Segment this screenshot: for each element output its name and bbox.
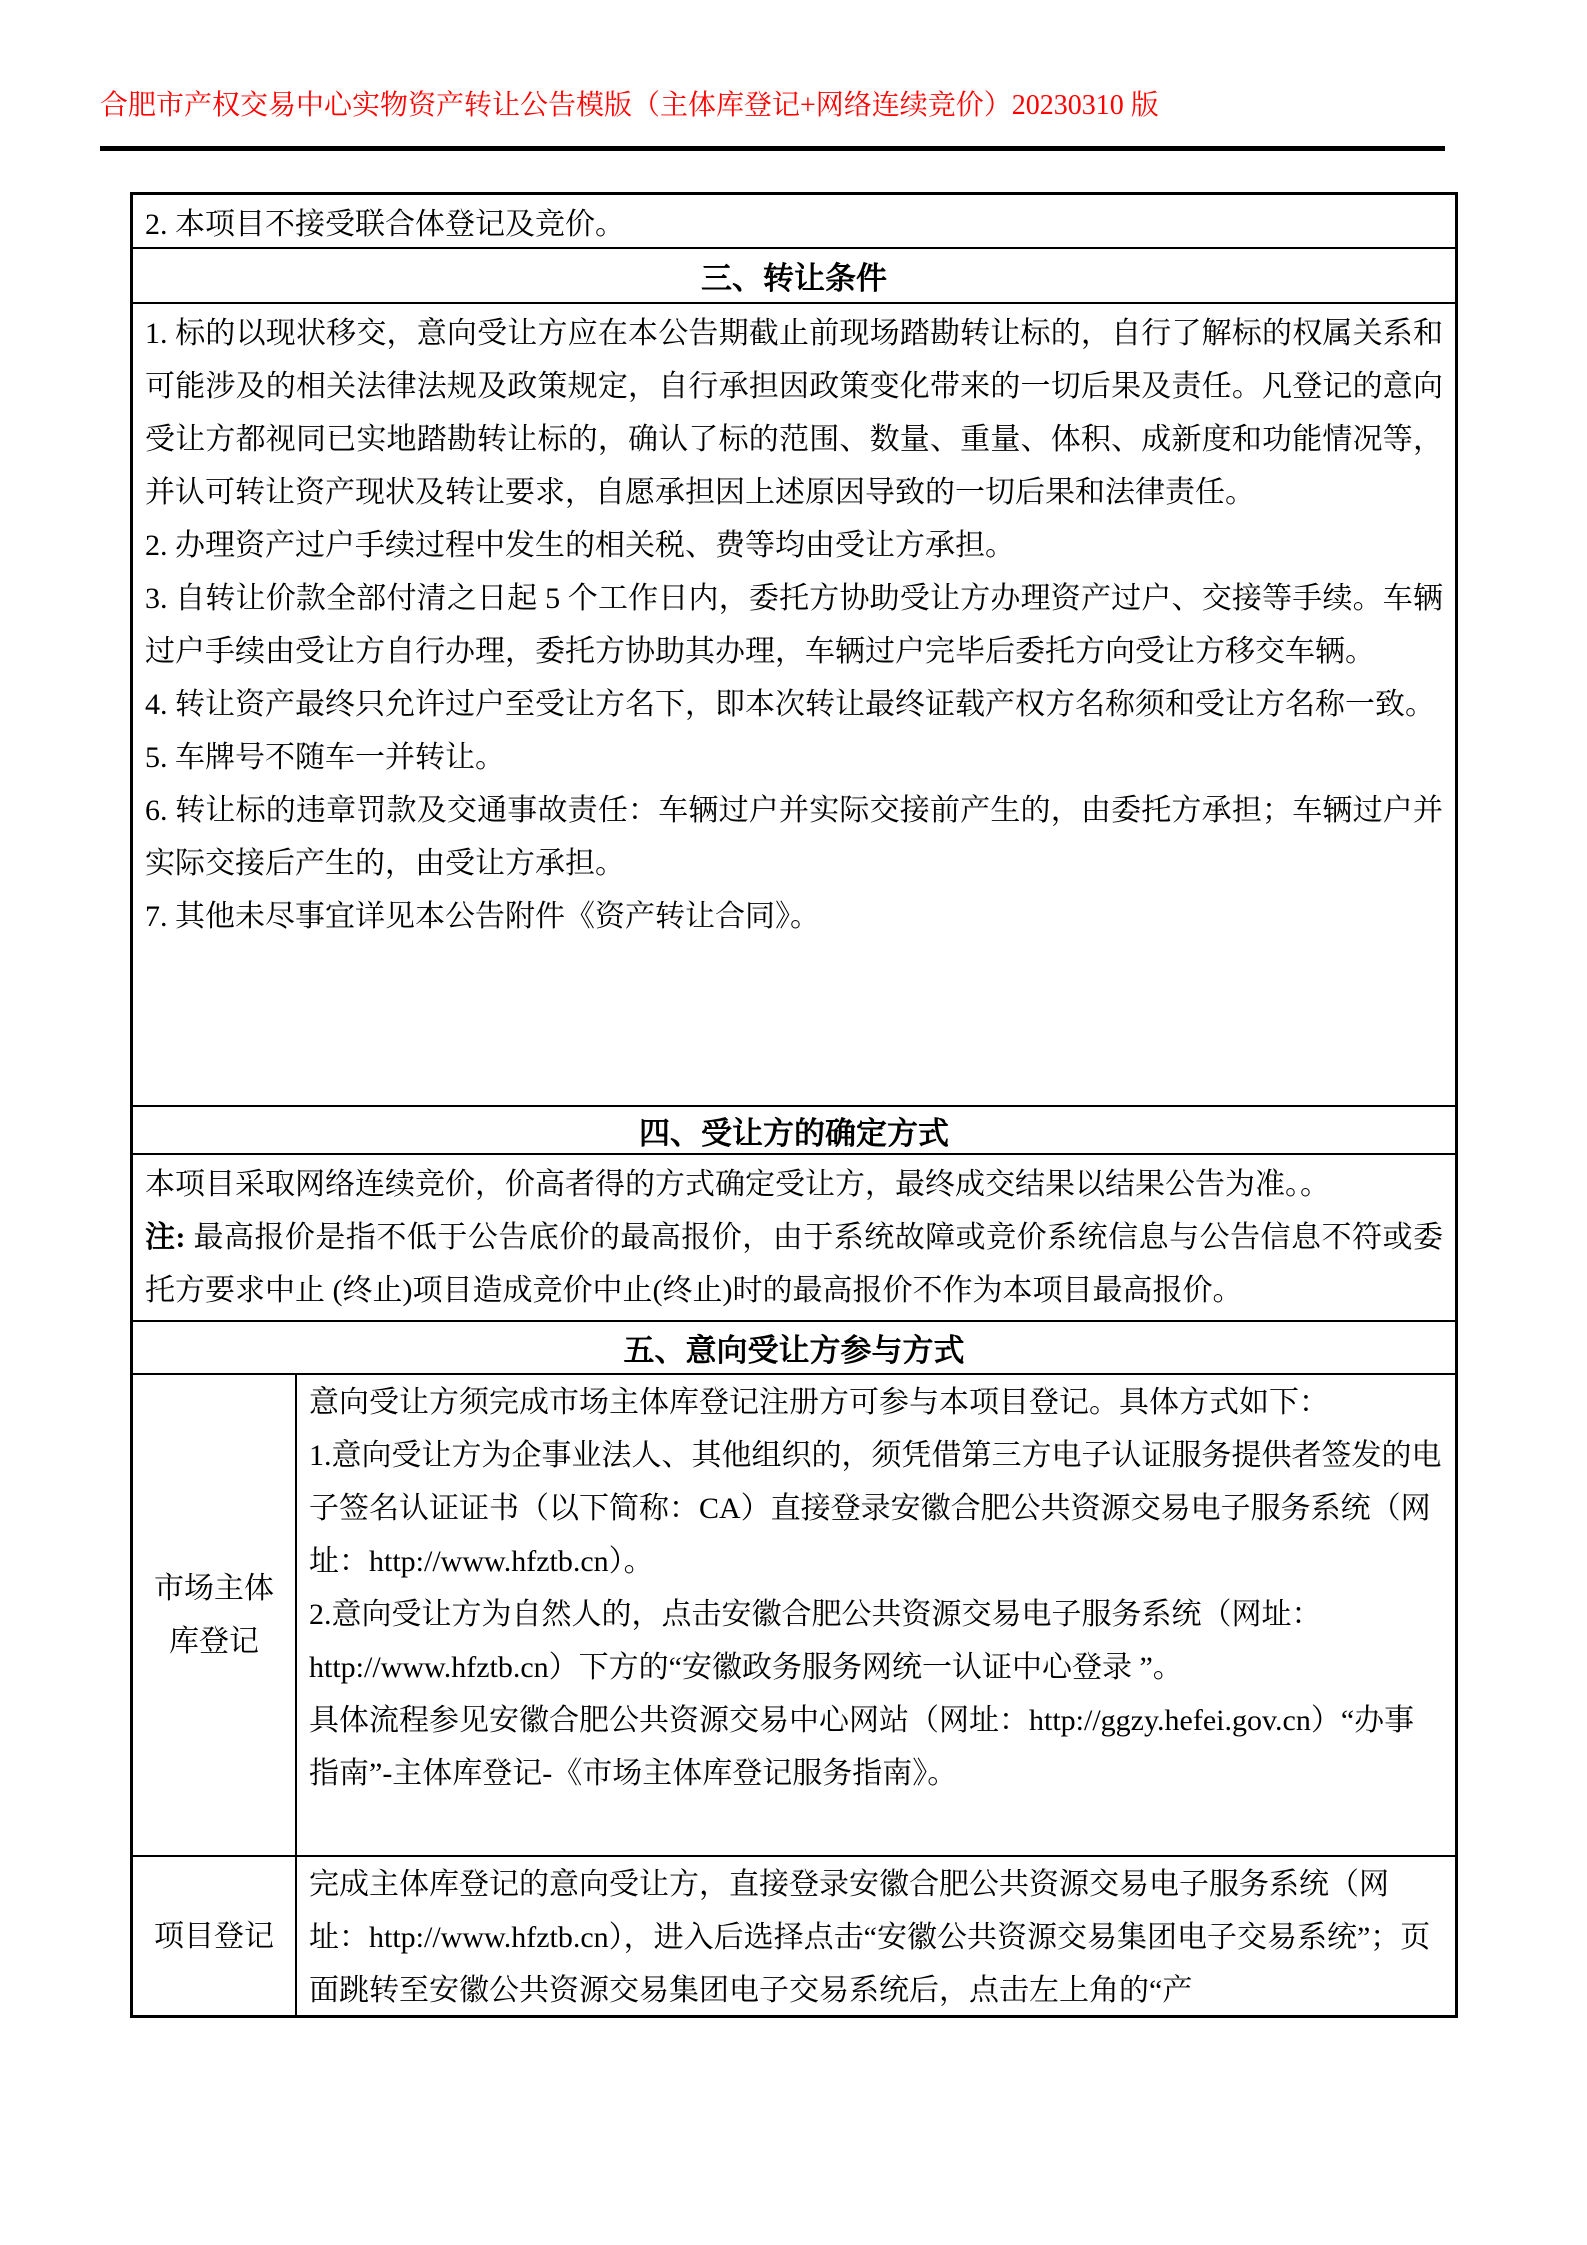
- announcement-table: 2. 本项目不接受联合体登记及竞价。 三、转让条件 1. 标的以现状移交，意向受…: [130, 192, 1458, 2018]
- row-header-project-registration: 项目登记: [133, 1857, 297, 2015]
- table-row-project-registration: 项目登记 完成主体库登记的意向受让方，直接登录安徽合肥公共资源交易电子服务系统（…: [133, 1855, 1455, 2015]
- section3-paragraph: 3. 自转让价款全部付清之日起 5 个工作日内，委托方协助受让方办理资产过户、交…: [145, 572, 1443, 678]
- subject-library-content: 意向受让方须完成市场主体库登记注册方可参与本项目登记。具体方式如下： 1.意向受…: [297, 1375, 1455, 1855]
- table-row-section3-title: 三、转让条件: [133, 247, 1455, 302]
- project-registration-content: 完成主体库登记的意向受让方，直接登录安徽合肥公共资源交易电子服务系统（网址：ht…: [297, 1857, 1455, 2015]
- section5-title: 五、意向受让方参与方式: [624, 1325, 965, 1370]
- table-row-intro: 2. 本项目不接受联合体登记及竞价。: [133, 195, 1455, 247]
- section3-paragraph: 2. 办理资产过户手续过程中发生的相关税、费等均由受让方承担。: [145, 519, 1443, 572]
- section3-paragraph: 7. 其他未尽事宜详见本公告附件《资产转让合同》。: [145, 890, 1443, 943]
- section4-paragraph: 本项目采取网络连续竞价，价高者得的方式确定受让方，最终成交结果以结果公告为准。。: [145, 1158, 1443, 1211]
- row-header-line: 项目登记: [154, 1910, 274, 1963]
- intro-text: 2. 本项目不接受联合体登记及竞价。: [145, 199, 625, 243]
- table-row-section3-body: 1. 标的以现状移交，意向受让方应在本公告期截止前现场踏勘转让标的，自行了解标的…: [133, 302, 1455, 1105]
- table-row-subject-library-registration: 市场主体 库登记 意向受让方须完成市场主体库登记注册方可参与本项目登记。具体方式…: [133, 1373, 1455, 1855]
- row-header-subject-library: 市场主体 库登记: [133, 1375, 297, 1855]
- row-header-line: 市场主体: [154, 1562, 274, 1615]
- section3-title: 三、转让条件: [701, 253, 887, 298]
- table-row-section4-body: 本项目采取网络连续竞价，价高者得的方式确定受让方，最终成交结果以结果公告为准。。…: [133, 1153, 1455, 1320]
- section4-title: 四、受让方的确定方式: [639, 1108, 949, 1153]
- page-title: 合肥市产权交易中心实物资产转让公告模版（主体库登记+网络连续竞价）2023031…: [100, 86, 1445, 126]
- table-row-section4-title: 四、受让方的确定方式: [133, 1105, 1455, 1153]
- section3-paragraph: 1. 标的以现状移交，意向受让方应在本公告期截止前现场踏勘转让标的，自行了解标的…: [145, 307, 1443, 519]
- announcement-document-page: { "header": { "title": "合肥市产权交易中心实物资产转让公…: [0, 0, 1587, 2245]
- header-divider-rule: [100, 146, 1445, 151]
- section3-paragraph: 6. 转让标的违章罚款及交通事故责任：车辆过户并实际交接前产生的，由委托方承担；…: [145, 784, 1443, 890]
- subject-library-paragraph: 2.意向受让方为自然人的，点击安徽合肥公共资源交易电子服务系统（网址：http:…: [309, 1588, 1443, 1694]
- note-text: 最高报价是指不低于公告底价的最高报价，由于系统故障或竞价系统信息与公告信息不符或…: [145, 1221, 1443, 1307]
- note-label: 注:: [145, 1221, 193, 1254]
- table-row-section5-title: 五、意向受让方参与方式: [133, 1320, 1455, 1373]
- project-registration-paragraph: 完成主体库登记的意向受让方，直接登录安徽合肥公共资源交易电子服务系统（网址：ht…: [309, 1858, 1443, 2015]
- section3-paragraph: 4. 转让资产最终只允许过户至受让方名下，即本次转让最终证载产权方名称须和受让方…: [145, 678, 1443, 731]
- row-header-line: 库登记: [169, 1615, 259, 1668]
- subject-library-paragraph: 具体流程参见安徽合肥公共资源交易中心网站（网址：http://ggzy.hefe…: [309, 1694, 1443, 1800]
- subject-library-paragraph: 1.意向受让方为企事业法人、其他组织的，须凭借第三方电子认证服务提供者签发的电子…: [309, 1429, 1443, 1588]
- section4-note: 注: 最高报价是指不低于公告底价的最高报价，由于系统故障或竞价系统信息与公告信息…: [145, 1211, 1443, 1317]
- section3-paragraph: 5. 车牌号不随车一并转让。: [145, 731, 1443, 784]
- subject-library-paragraph: 意向受让方须完成市场主体库登记注册方可参与本项目登记。具体方式如下：: [309, 1376, 1443, 1429]
